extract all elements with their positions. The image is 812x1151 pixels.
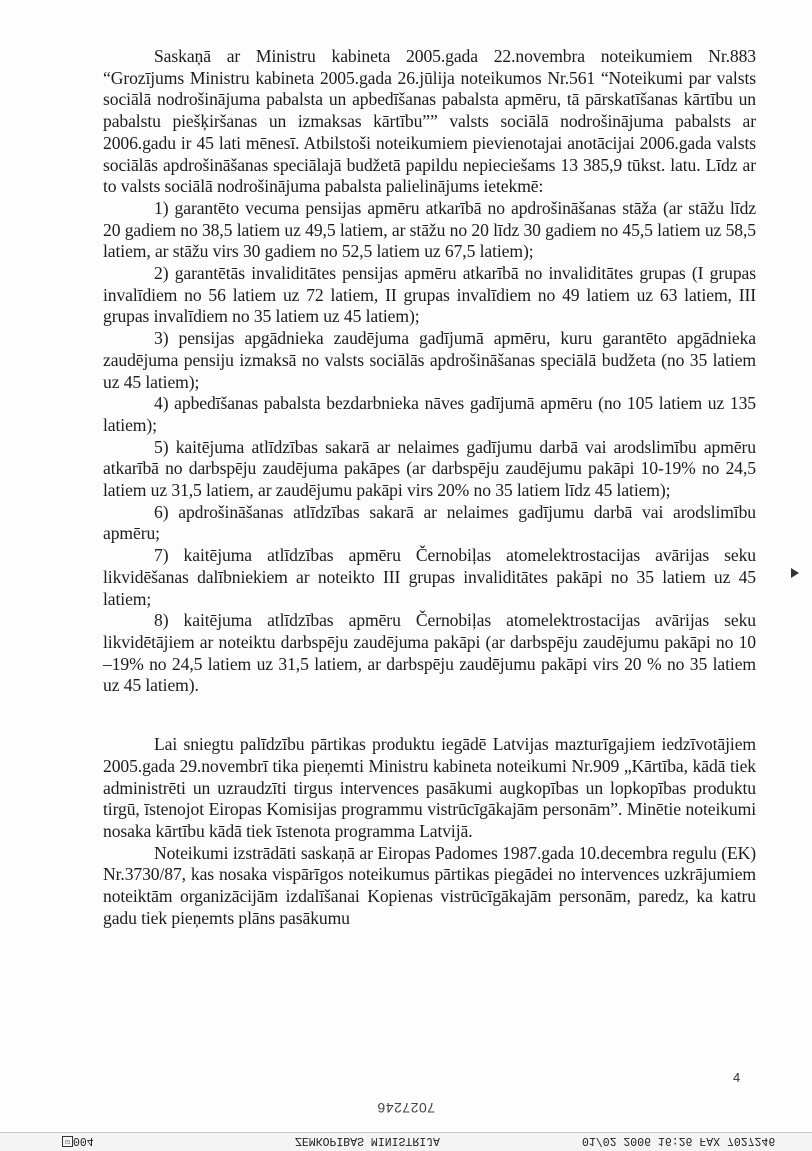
list-item-7: 7) kaitējuma atlīdzības apmēru Černobiļa… [103, 545, 756, 610]
paragraph-food-aid: Lai sniegtu palīdzību pārtikas produktu … [103, 734, 756, 843]
paragraph-regulation: Noteikumi izstrādāti saskaņā ar Eiropas … [103, 843, 756, 930]
list-item-4: 4) apbedīšanas pabalsta bezdarbnieka nāv… [103, 393, 756, 436]
list-item-2: 2) garantētās invaliditātes pensijas apm… [103, 263, 756, 328]
fax-datetime: 01/02 2006 16:26 FAX 7027246 [582, 1134, 775, 1147]
list-item-8: 8) kaitējuma atlīdzības apmēru Černobiļa… [103, 610, 756, 697]
paragraph-intro: Saskaņā ar Ministru kabineta 2005.gada 2… [103, 46, 756, 198]
list-item-6: 6) apdrošināšanas atlīdzības sakarā ar n… [103, 502, 756, 545]
stamp-number: 7027246 [377, 1100, 435, 1116]
fax-page-counter: ☑004 [62, 1134, 94, 1147]
paragraph-gap [103, 697, 756, 734]
list-item-3: 3) pensijas apgādnieka zaudējuma gadījum… [103, 328, 756, 393]
page-number: 4 [733, 1070, 740, 1085]
fax-page-icon: ☑ [62, 1136, 73, 1147]
fax-sender: ZEMKOPĪBAS MINISTRIJA [295, 1134, 440, 1147]
impact-list: 1) garantēto vecuma pensijas apmēru atka… [103, 198, 756, 697]
triangle-right-icon [791, 568, 799, 578]
document-page: Saskaņā ar Ministru kabineta 2005.gada 2… [103, 46, 756, 929]
list-item-1: 1) garantēto vecuma pensijas apmēru atka… [103, 198, 756, 263]
list-item-5: 5) kaitējuma atlīdzības sakarā ar nelaim… [103, 437, 756, 502]
fax-page-number: 004 [73, 1134, 94, 1147]
